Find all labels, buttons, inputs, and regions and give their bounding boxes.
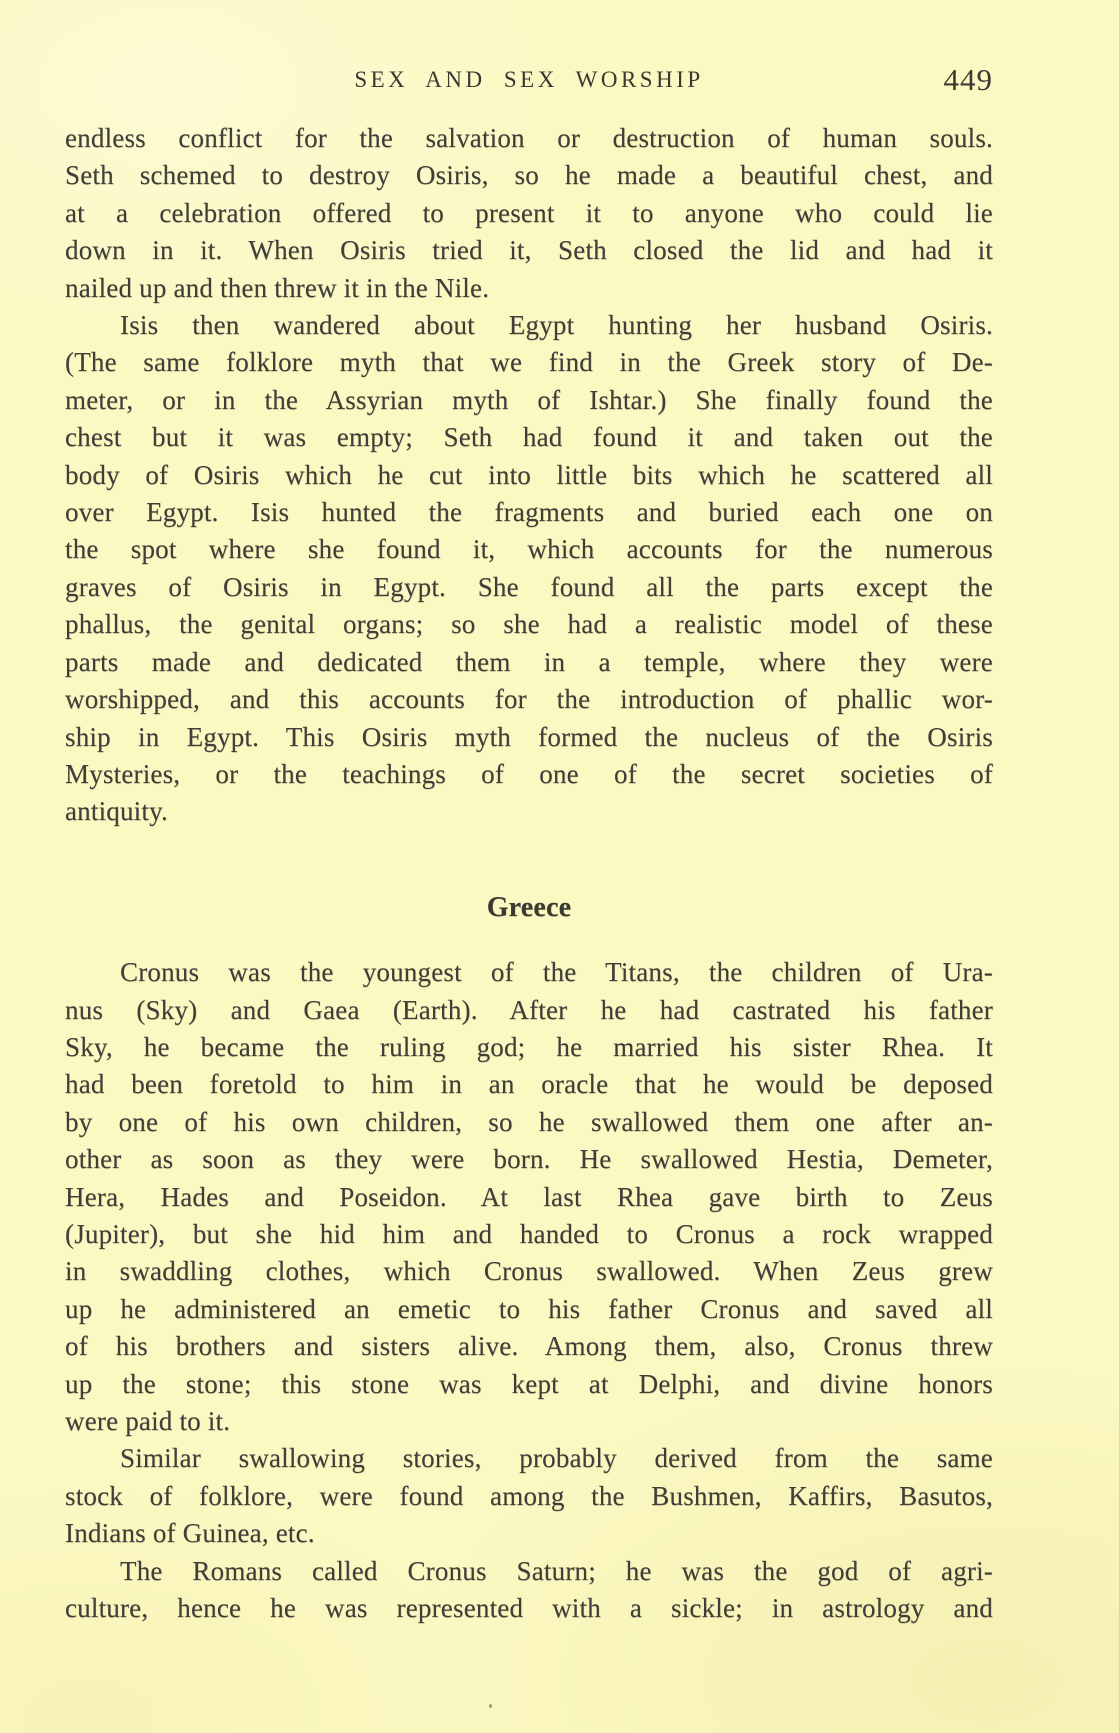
text-block: endless conflict for the salvation or de… [65,120,993,1627]
ink-speck [489,1704,492,1708]
text-line: Hera, Hades and Poseidon. At last Rhea g… [65,1179,993,1216]
text-line: by one of his own children, so he swallo… [65,1104,993,1141]
text-line: The Romans called Cronus Saturn; he was … [65,1553,993,1590]
book-page: SEX AND SEX WORSHIP 449 endless conflict… [0,0,1119,1733]
text-line: Indians of Guinea, etc. [65,1515,993,1552]
paragraph: Similar swallowing stories, probably der… [65,1440,993,1552]
running-header: SEX AND SEX WORSHIP 449 [65,64,993,100]
text-line: meter, or in the Assyrian myth of Ishtar… [65,382,993,419]
text-line: antiquity. [65,793,993,830]
text-line: over Egypt. Isis hunted the fragments an… [65,494,993,531]
text-line: Cronus was the youngest of the Titans, t… [65,954,993,991]
text-line: chest but it was empty; Seth had found i… [65,419,993,456]
text-line: other as soon as they were born. He swal… [65,1141,993,1178]
text-line: phallus, the genital organs; so she had … [65,606,993,643]
paragraph: The Romans called Cronus Saturn; he was … [65,1553,993,1628]
text-line: nailed up and then threw it in the Nile. [65,270,993,307]
text-line: down in it. When Osiris tried it, Seth c… [65,232,993,269]
text-line: at a celebration offered to present it t… [65,195,993,232]
text-line: were paid to it. [65,1403,993,1440]
section-heading: Greece [65,889,993,926]
text-line: (The same folklore myth that we find in … [65,344,993,381]
text-line: up he administered an emetic to his fath… [65,1291,993,1328]
text-line: worshipped, and this accounts for the in… [65,681,993,718]
text-line: parts made and dedicated them in a templ… [65,644,993,681]
paragraph: Isis then wandered about Egypt hunting h… [65,307,993,831]
text-line: Seth schemed to destroy Osiris, so he ma… [65,157,993,194]
page-number: 449 [944,64,994,96]
text-line: up the stone; this stone was kept at Del… [65,1366,993,1403]
text-line: the spot where she found it, which accou… [65,531,993,568]
paragraph: Cronus was the youngest of the Titans, t… [65,954,993,1440]
text-line: of his brothers and sisters alive. Among… [65,1328,993,1365]
text-line: culture, hence he was represented with a… [65,1590,993,1627]
text-line: endless conflict for the salvation or de… [65,120,993,157]
text-line: Similar swallowing stories, probably der… [65,1440,993,1477]
text-line: had been foretold to him in an oracle th… [65,1066,993,1103]
running-title: SEX AND SEX WORSHIP [65,64,993,96]
text-line: Isis then wandered about Egypt hunting h… [65,307,993,344]
text-line: (Jupiter), but she hid him and handed to… [65,1216,993,1253]
text-line: nus (Sky) and Gaea (Earth). After he had… [65,992,993,1029]
text-line: Mysteries, or the teachings of one of th… [65,756,993,793]
text-line: Sky, he became the ruling god; he marrie… [65,1029,993,1066]
text-line: ship in Egypt. This Osiris myth formed t… [65,719,993,756]
paragraph: endless conflict for the salvation or de… [65,120,993,307]
text-line: graves of Osiris in Egypt. She found all… [65,569,993,606]
text-line: body of Osiris which he cut into little … [65,457,993,494]
text-line: stock of folklore, were found among the … [65,1478,993,1515]
text-line: in swaddling clothes, which Cronus swall… [65,1253,993,1290]
